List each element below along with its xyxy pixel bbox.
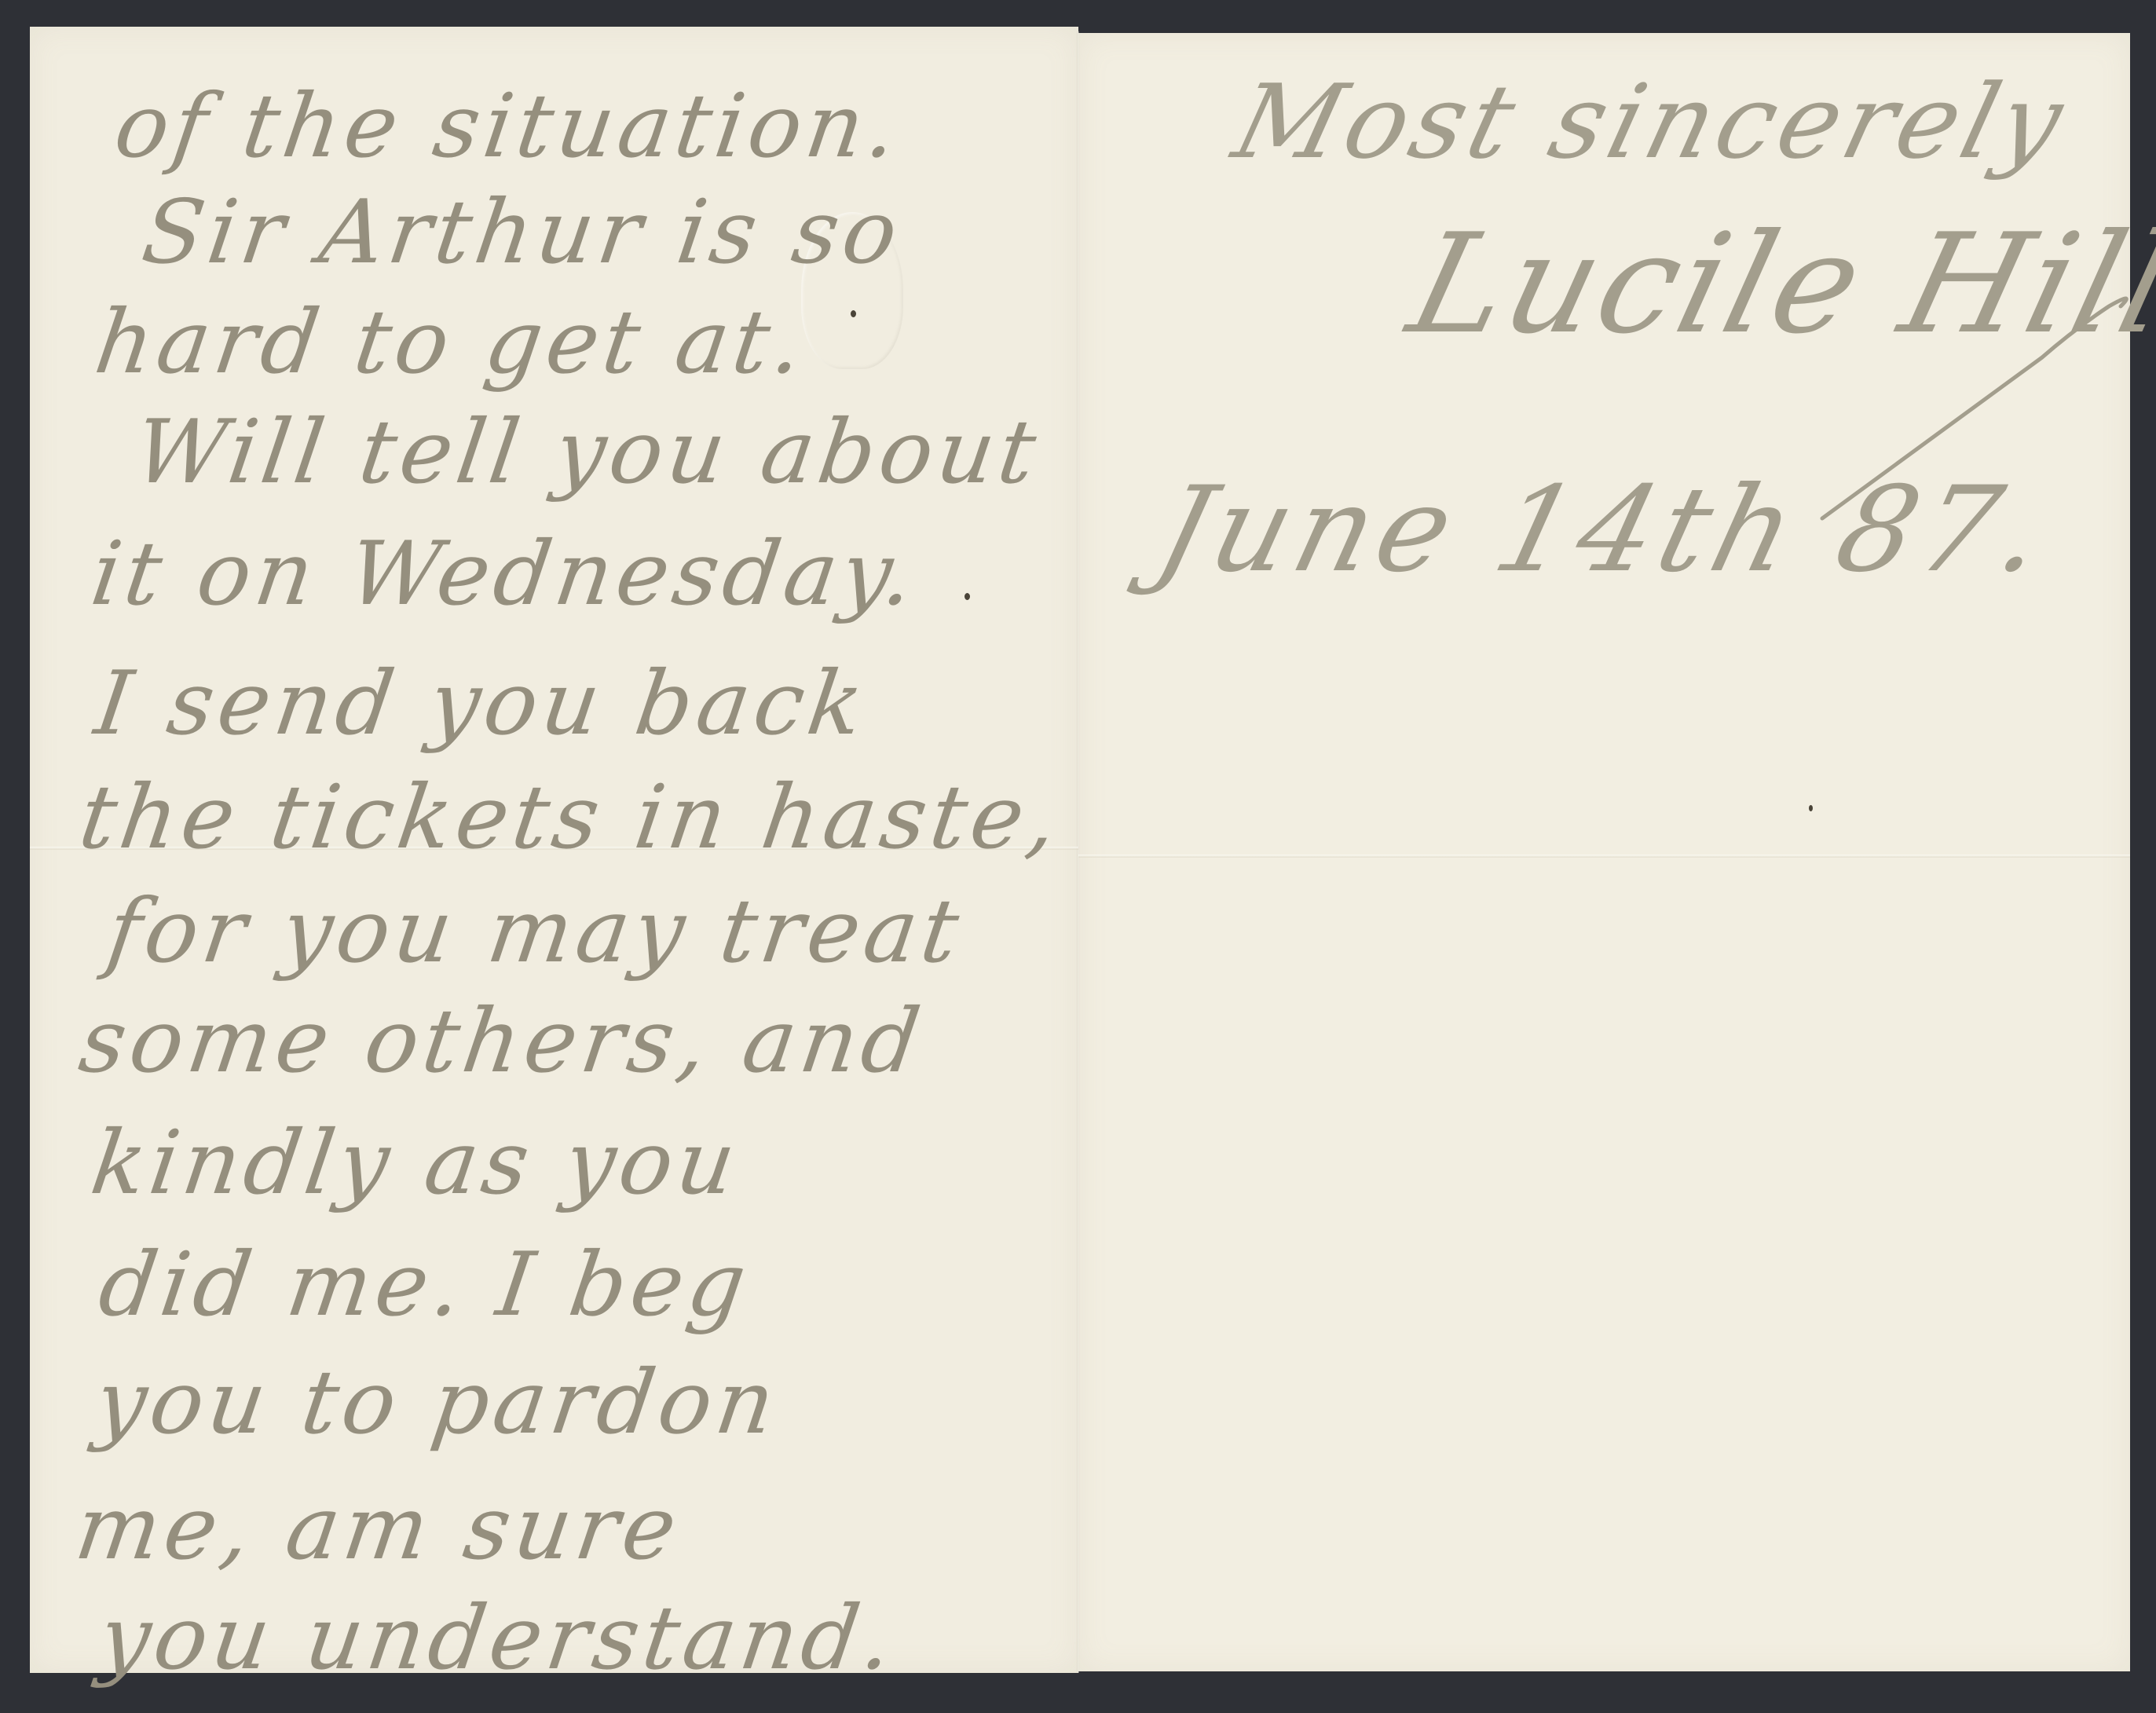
letter-line: kindly as you bbox=[86, 1119, 745, 1207]
letter-line: it on Wednesday. bbox=[86, 530, 924, 618]
signature-flourish bbox=[1806, 283, 2136, 534]
letter-line: hard to get at. bbox=[90, 298, 812, 386]
ink-speck bbox=[1809, 805, 1813, 811]
letter-line: Sir Arthur is so bbox=[137, 189, 907, 276]
letter-line: I send you back bbox=[90, 660, 873, 748]
letter-line: the tickets in haste, bbox=[75, 774, 1067, 862]
letter-line: me, am sure bbox=[71, 1484, 686, 1572]
horizontal-fold-right bbox=[1078, 855, 2130, 858]
letter-line: some others, and bbox=[75, 997, 929, 1085]
ink-speck bbox=[851, 310, 856, 317]
letter-line: of the situation. bbox=[110, 82, 906, 170]
letter-line: for you may treat bbox=[102, 888, 968, 975]
letter-line: you to pardon bbox=[90, 1359, 784, 1447]
letter-line: you understand. bbox=[94, 1594, 902, 1682]
letter-line: did me. I beg bbox=[94, 1241, 756, 1329]
center-fold bbox=[1077, 31, 1079, 1673]
letter-line: Will tell you about bbox=[130, 408, 1045, 496]
closing-text: Most sincerely bbox=[1225, 71, 2077, 173]
ink-speck bbox=[965, 593, 970, 600]
